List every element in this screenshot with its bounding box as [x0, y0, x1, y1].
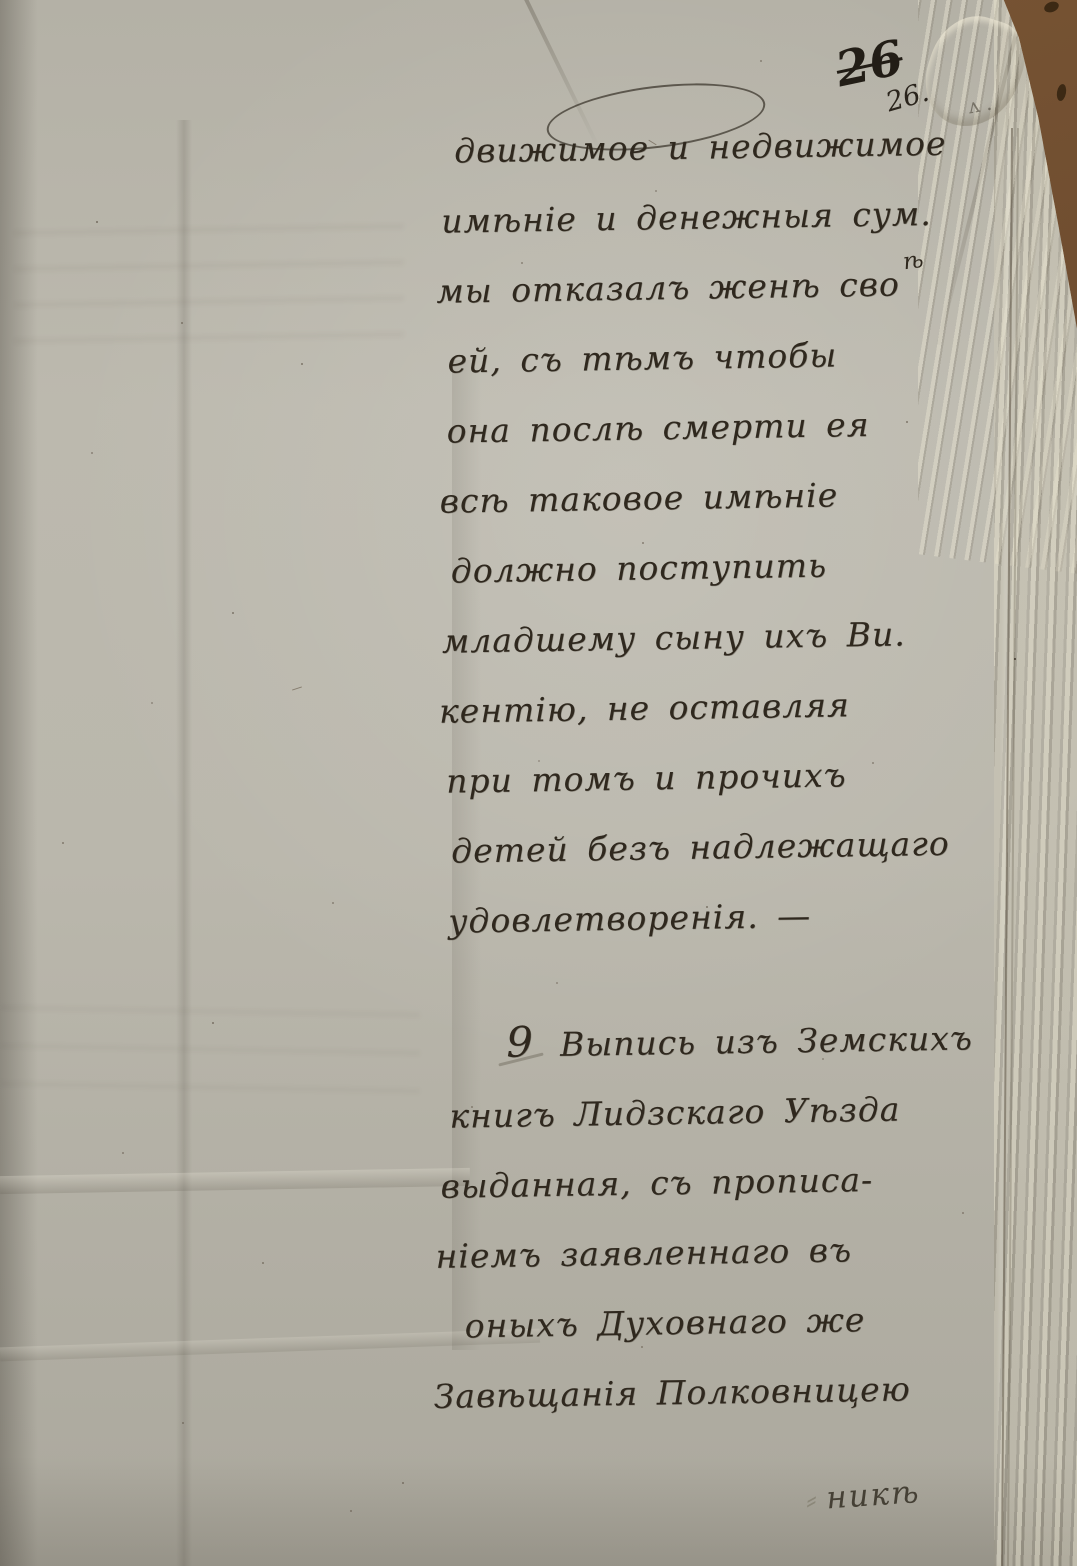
text-line-content: Выпись изъ Земскихъ: [560, 1018, 973, 1063]
text-line: она послѣ смерти ея: [446, 387, 1039, 466]
paragraph-1: движимое и недвижимое имѣніе и денежныя …: [434, 107, 1047, 956]
text-line: ей, съ тѣмъ чтобы: [447, 317, 1038, 396]
item-number: 9: [506, 1017, 535, 1066]
text-line: младшему сыну ихъ Ви.: [441, 597, 1042, 676]
text-line: имѣніе и денежныя сум.: [441, 177, 1036, 256]
paper-fiber: [292, 686, 302, 690]
manuscript-photo: 26 26. ʌ. ѣ движимое и недвижимое имѣніе…: [0, 0, 1077, 1566]
text-line: детей безъ надлежащаго: [451, 807, 1046, 886]
text-line: мы отказалъ женѣ сво: [436, 247, 1037, 326]
dark-stain: [1056, 83, 1068, 101]
horizontal-crease: [0, 1168, 470, 1194]
paper-speckles: [0, 0, 2, 2]
ink-showthrough: [14, 200, 404, 350]
text-line: ніемъ заявленнаго въ: [435, 1212, 1052, 1292]
text-line: книгъ Лидзскаго Уѣзда: [449, 1072, 1050, 1151]
text-line: удовлетворенія. —: [448, 877, 1047, 956]
pencil-mark: ⸗: [805, 1481, 818, 1518]
dark-stain: [1043, 0, 1061, 14]
text-line: 9Выпись изъ Земскихъ: [506, 999, 1049, 1081]
text-line: оныхъ Духовнаго же: [464, 1282, 1053, 1361]
catchword: никѣ: [825, 1474, 922, 1516]
text-line: должно поступить: [450, 527, 1041, 606]
text-line: Завѣщанія Полковницею: [433, 1352, 1054, 1432]
paragraph-2: 9Выпись изъ Земскихъ книгъ Лидзскаго Уѣз…: [448, 999, 1055, 1431]
text-line: движимое и недвижимое: [454, 107, 1035, 186]
text-line: всѣ таковое имѣніе: [439, 457, 1040, 536]
ink-showthrough: [0, 980, 420, 1110]
text-line: выданная, съ прописа-: [440, 1142, 1051, 1222]
manuscript-text: движимое и недвижимое имѣніе и денежныя …: [434, 107, 1055, 1431]
text-line: кентію, не оставляя: [439, 667, 1044, 746]
text-line: при томъ и прочихъ: [446, 737, 1045, 816]
